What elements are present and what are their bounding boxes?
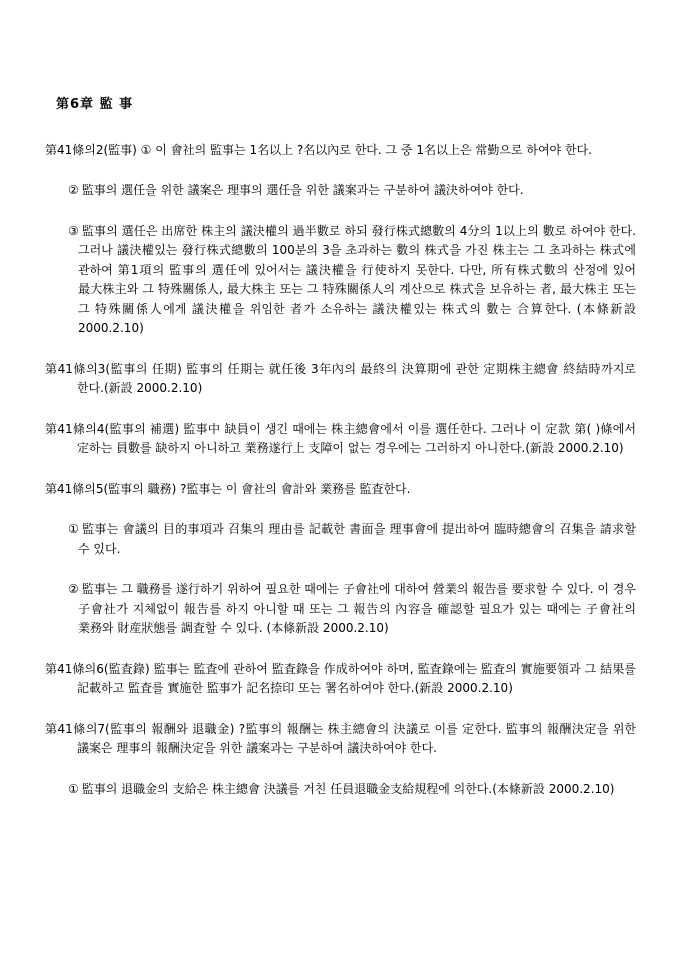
article-paragraph: 第41條의4(監事의 補選) 監事中 缺員이 생긴 때에는 株主總會에서 이를 … [77, 420, 636, 459]
item-text: 監事의 選任은 出席한 株主의 議決權의 過半數로 하되 發行株式總數의 4分의… [78, 224, 636, 336]
item-number-marker: ② [68, 582, 82, 596]
article-text: 第41條의7(監事의 報酬와 退職金) ?監事의 報酬는 株主總會의 決議로 이… [45, 722, 636, 756]
article-text: 第41條의2(監事) ① 이 會社의 監事는 1名以上 ?名以內로 한다. 그 … [45, 143, 592, 157]
article-text: 第41條의3(監事의 任期) 監事의 任期는 就任後 3年內의 最終의 決算期에… [45, 362, 636, 396]
article-paragraph: 第41條의5(監事의 職務) ?監事는 이 會社의 會計와 業務를 監査한다. [77, 480, 636, 500]
item-paragraph: ②監事는 그 職務를 遂行하기 위하여 필요한 때에는 子會社에 대하여 營業의… [78, 580, 636, 639]
item-paragraph: ①監事는 會議의 目的事項과 召集의 理由를 記載한 書面을 理事會에 提出하여… [78, 520, 636, 559]
item-text: 監事는 會議의 目的事項과 召集의 理由를 記載한 書面을 理事會에 提出하여 … [78, 522, 636, 556]
article-paragraph: 第41條의3(監事의 任期) 監事의 任期는 就任後 3年內의 最終의 決算期에… [77, 360, 636, 399]
item-number-marker: ① [68, 522, 82, 536]
item-number-marker: ② [68, 183, 82, 197]
article-text: 第41條의6(監査錄) 監事는 監査에 관하여 監査錄을 作成하여야 하며, 監… [45, 662, 636, 696]
chapter-heading: 第6章 監 事 [56, 95, 636, 115]
item-paragraph: ①監事의 退職金의 支給은 株主總會 決議를 거친 任員退職金支給規程에 의한다… [78, 780, 636, 800]
document-page: 第6章 監 事 第41條의2(監事) ① 이 會社의 監事는 1名以上 ?名以內… [0, 0, 680, 962]
item-paragraph: ③監事의 選任은 出席한 株主의 議決權의 過半數로 하되 發行株式總數의 4分… [78, 222, 636, 339]
item-number-marker: ① [68, 782, 82, 796]
article-paragraph: 第41條의6(監査錄) 監事는 監査에 관하여 監査錄을 作成하여야 하며, 監… [77, 660, 636, 699]
item-number-marker: ③ [68, 224, 82, 238]
article-paragraph: 第41條의7(監事의 報酬와 退職金) ?監事의 報酬는 株主總會의 決議로 이… [77, 720, 636, 759]
article-text: 第41條의4(監事의 補選) 監事中 缺員이 생긴 때에는 株主總會에서 이를 … [45, 422, 636, 456]
document-body: 第41條의2(監事) ① 이 會社의 監事는 1名以上 ?名以內로 한다. 그 … [0, 141, 636, 800]
item-paragraph: ②監事의 選任을 위한 議案은 理事의 選任을 위한 議案과는 구분하여 議決하… [78, 181, 636, 201]
article-paragraph: 第41條의2(監事) ① 이 會社의 監事는 1名以上 ?名以內로 한다. 그 … [77, 141, 636, 161]
item-text: 監事의 退職金의 支給은 株主總會 決議를 거친 任員退職金支給規程에 의한다.… [82, 782, 615, 796]
article-text: 第41條의5(監事의 職務) ?監事는 이 會社의 會計와 業務를 監査한다. [45, 482, 410, 496]
item-text: 監事는 그 職務를 遂行하기 위하여 필요한 때에는 子會社에 대하여 營業의 … [78, 582, 636, 635]
item-text: 監事의 選任을 위한 議案은 理事의 選任을 위한 議案과는 구분하여 議決하여… [82, 183, 524, 197]
